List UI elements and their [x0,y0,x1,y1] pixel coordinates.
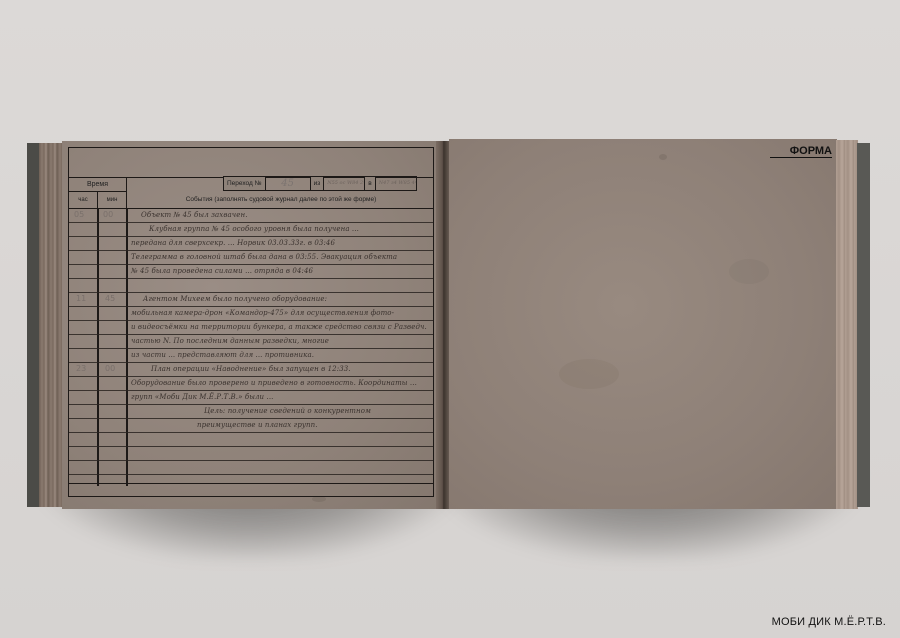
row-line [69,446,433,447]
row-line [69,460,433,461]
row-line [69,306,433,307]
row-line [69,278,433,279]
entry-line: групп «Моби Дик М.Ё.Р.Т.В.» были ... [131,393,273,401]
transfer-number: 45 [265,176,311,191]
page-edges-right [836,140,858,509]
page-edges-left [39,143,63,507]
row-line [69,390,433,391]
entry-line: частью N. По последним данным разведки, … [131,337,329,345]
page-stain [559,359,619,389]
right-page [449,139,837,509]
row-line [69,432,433,433]
row-line [69,474,433,475]
page-stain [729,259,769,284]
book-gutter [436,141,450,509]
entry-line: из части ... представляют для ... против… [131,351,314,359]
entry-line: Агентом Михеем было получено оборудовани… [143,295,327,303]
from-label: из [310,176,325,191]
row-line [69,236,433,237]
hour-header: час [69,192,98,208]
page-stain [659,154,667,160]
row-line [69,376,433,377]
time-header: Время [69,178,126,192]
entry-minute: 45 [105,294,115,303]
entry-line: Цель: получение сведений о конкурентном [204,407,371,415]
row-line [69,250,433,251]
time-header-block: Время час мин [69,178,127,208]
ship-log-table: Время час мин Переход № 45 из N55 ос W84… [68,147,434,497]
row-line [69,320,433,321]
log-footer-line [69,483,433,485]
entry-hour: 11 [76,294,86,303]
book-cover-right [857,143,870,507]
entry-line: преимуществе и планах групп. [197,421,318,429]
minute-header: мин [98,192,126,208]
transfer-row: Переход № 45 из N55 ос W84 2ч в N47 з4 W… [224,176,417,191]
transfer-label: Переход № [223,176,266,191]
entry-line: Объект № 45 был захвачен. [141,211,248,219]
log-header-top [69,148,433,178]
entry-minute: 00 [103,210,113,219]
row-line [69,418,433,419]
row-line [69,264,433,265]
entry-line: № 45 была проведена силами ... отряда в … [131,267,313,275]
entry-hour: 23 [76,364,86,373]
form-label: ФОРМА [770,145,832,158]
to-value: N47 з4 W85 4ч [375,176,417,191]
book-cover-left [27,143,39,507]
entry-line: Оборудование было проверено и приведено … [131,379,417,387]
row-line [69,334,433,335]
entry-minute: 00 [105,364,115,373]
from-value: N55 ос W84 2ч [323,176,365,191]
log-rows: 05 00 Объект № 45 был захвачен. Клубная … [69,208,433,486]
row-line [69,348,433,349]
entry-line: План операции «Наводнение» был запущен в… [151,365,351,373]
entry-line: и видеосъёмки на территории бункера, а т… [131,323,427,331]
entry-line: Телеграмма в головной штаб была дана в 0… [131,253,397,261]
entry-hour: 05 [74,210,84,219]
entry-line: мобильная камера-дрон «Командор-475» для… [131,309,394,317]
entry-line: передана для сверхсекр. ... Норвик 03.03… [131,239,335,247]
entry-line: Клубная группа № 45 особого уровня была … [149,225,359,233]
events-header: События (заполнять судовой журнал далее … [127,193,435,207]
row-line [69,222,433,223]
row-line [69,404,433,405]
brand-label: МОБИ ДИК М.Ё.Р.Т.В. [772,616,886,628]
row-line [69,362,433,363]
row-line [69,292,433,293]
